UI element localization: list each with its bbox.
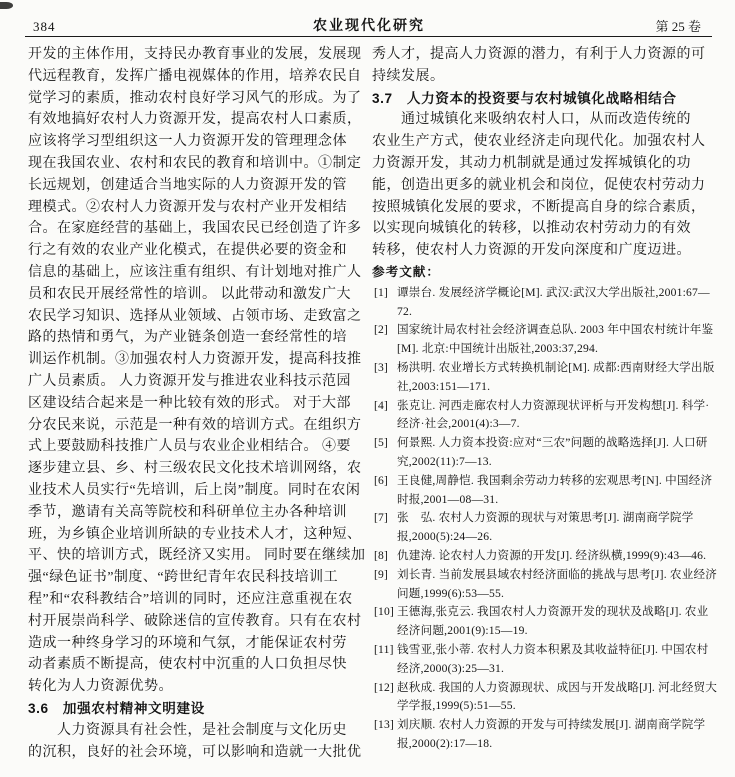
text-line: 行之有效的农业产业化模式，在提供必要的资金和 <box>28 240 368 262</box>
reference-label: [6] <box>374 472 388 491</box>
text-line: 训运作机制。③加强农村人力资源开发，提高科技推 <box>28 349 368 371</box>
header-volume: 第 25 卷 <box>655 16 701 35</box>
text-line: 班，为乡镇企业培训所缺的专业技术人才，这种短、 <box>28 524 368 546</box>
text-line: 区建设结合起来是一种比较有效的形式。 对于大部 <box>28 393 368 415</box>
reference-item: [1]谭崇台. 发展经济学概论[M]. 武汉:武汉大学出版社,2001:67—7… <box>372 284 718 322</box>
text-line: 理模式。②农村人力资源开发与农村产业开发相结 <box>28 197 368 219</box>
text-line: 分农民来说，示范是一种有效的培训方式。在组织方 <box>28 415 368 437</box>
header-rule <box>25 36 712 37</box>
reference-item: [7]张 弘. 农村人力资源的现状与对策思考[J]. 湖南商学院学报,2000(… <box>372 509 718 547</box>
text-line: 代远程教育，发挥广播电视媒体的作用，培养农民自 <box>28 66 368 88</box>
reference-text: 刘庆顺. 农村人力资源的开发与可持续发展[J]. 湖南商学院学报,2000(2)… <box>397 718 705 750</box>
text-line: 村开展崇尚科学、破除迷信的宣传教育。只有在农村 <box>28 611 368 633</box>
text-line: 季节，邀请有关高等院校和科研单位主办各种培训 <box>28 502 368 524</box>
text-line: 程”和“农科教结合”培训的同时，还应注意重视在农 <box>28 589 368 611</box>
reference-text: 钱雪亚,张小蒂. 农村人力资本积累及其收益特征[J]. 中国农村经济,2000(… <box>397 643 708 675</box>
text-line: 逐步建立县、乡、村三级农民文化技术培训网络，农 <box>28 458 368 480</box>
text-line: 有效地搞好农村人力资源开发，提高农村人口素质， <box>28 109 368 131</box>
text-line: 现在我国农业、农村和农民的教育和培训中。①制定 <box>28 153 368 175</box>
reference-label: [2] <box>374 321 388 340</box>
text-line: 应该将学习型组织这一人力资源开发的管理理念体 <box>28 131 368 153</box>
reference-item: [10]王德海,张克云. 我国农村人力资源开发的现状及战略[J]. 农业经济问题… <box>372 603 718 641</box>
text-line: 式上要鼓励科技推广人员与农业企业相结合。 ④要 <box>28 436 368 458</box>
text-line: 广人员素质。 人力资源开发与推进农业科技示范园 <box>28 371 368 393</box>
reference-text: 王良健,周静恺. 我国剩余劳动力转移的宏观思考[N]. 中国经济时报,2001—… <box>397 474 712 506</box>
references-heading: 参考文献： <box>372 262 718 284</box>
reference-text: 刘长青. 当前发展县域农村经济面临的挑战与思考[J]. 农业经济问题,1999(… <box>397 568 717 600</box>
reference-text: 国家统计局农村社会经济调查总队. 2003 年中国农村统计年鉴[M]. 北京:中… <box>397 323 713 355</box>
reference-item: [2]国家统计局农村社会经济调查总队. 2003 年中国农村统计年鉴[M]. 北… <box>372 321 718 359</box>
text-line: 按照城镇化发展的要求，不断提高自身的综合素质， <box>372 197 718 219</box>
section-heading-3-6: 3.6 加强农村精神文明建设 <box>28 698 368 720</box>
text-line: 转化为人力资源优势。 <box>28 676 368 698</box>
reference-label: [10] <box>374 603 394 622</box>
left-column: 开发的主体作用，支持民办教育事业的发展，发展现代远程教育，发挥广播电视媒体的作用… <box>28 44 368 763</box>
right-paragraph-block-2: 通过城镇化来吸纳农村人口，从而改造传统的农业生产方式，使农业经济走向现代化。加强… <box>372 109 718 262</box>
reference-item: [12]赵秋成. 我国的人力资源现状、成因与开发战略[J]. 河北经贸大学学报,… <box>372 679 718 717</box>
text-line: 农业生产方式，使农业经济走向现代化。加强农村人 <box>372 131 718 153</box>
text-line: 平、快的培训方式，既经济又实用。 同时要在继续加 <box>28 545 368 567</box>
text-line: 持续发展。 <box>372 66 718 88</box>
text-line: 造成一种终身学习的环境和气氛，才能保证农村劳 <box>28 633 368 655</box>
text-line: 觉学习的素质，推动农村良好学习风气的形成。为了 <box>28 88 368 110</box>
section-heading-3-7: 3.7 人力资本的投资要与农村城镇化战略相结合 <box>372 88 718 110</box>
reference-label: [5] <box>374 434 388 453</box>
reference-text: 张克让. 河西走廊农村人力资源现状评析与开发构想[J]. 科学·经济·社会,20… <box>397 399 709 431</box>
text-line: 业技术人员实行“先培训，后上岗”制度。同时在农闲 <box>28 480 368 502</box>
text-line: 农民学习知识、选择从业领域、占领市场、走致富之 <box>28 306 368 328</box>
reference-text: 仇建涛. 论农村人力资源的开发[J]. 经济纵横,1999(9):43—46. <box>397 549 706 562</box>
reference-label: [4] <box>374 397 388 416</box>
reference-label: [3] <box>374 359 388 378</box>
right-column: 秀人才，提高人力资源的潜力，有利于人力资源的可持续发展。 3.7 人力资本的投资… <box>372 44 718 754</box>
reference-item: [11]钱雪亚,张小蒂. 农村人力资本积累及其收益特征[J]. 中国农村经济,2… <box>372 641 718 679</box>
reference-item: [3]杨洪明. 农业增长方式转换机制论[M]. 成都:西南财经大学出版社,200… <box>372 359 718 397</box>
right-paragraph-block-1: 秀人才，提高人力资源的潜力，有利于人力资源的可持续发展。 <box>372 44 718 88</box>
text-line: 长远规划，创建适合当地实际的人力资源开发的管 <box>28 175 368 197</box>
text-line: 合。在家庭经营的基础上，我国农民已经创造了许多 <box>28 218 368 240</box>
text-line: 秀人才，提高人力资源的潜力，有利于人力资源的可 <box>372 44 718 66</box>
text-line: 力资源开发，其动力机制就是通过发挥城镇化的功 <box>372 153 718 175</box>
scan-corner-smudge <box>0 2 13 9</box>
reference-label: [11] <box>374 641 394 660</box>
reference-item: [9]刘长青. 当前发展县域农村经济面临的挑战与思考[J]. 农业经济问题,19… <box>372 566 718 604</box>
reference-label: [8] <box>374 547 388 566</box>
reference-text: 谭崇台. 发展经济学概论[M]. 武汉:武汉大学出版社,2001:67—72. <box>397 286 710 318</box>
text-line: 人力资源具有社会性，是社会制度与文化历史 <box>28 720 368 742</box>
reference-text: 杨洪明. 农业增长方式转换机制论[M]. 成都:西南财经大学出版社,2003:1… <box>397 361 715 393</box>
text-line: 信息的基础上，应该注重有组织、有计划地对推广人 <box>28 262 368 284</box>
reference-text: 何景熙. 人力资本投资:应对“三农”问题的战略选择[J]. 人口研究,2002(… <box>397 436 708 468</box>
left-paragraph-block-2: 人力资源具有社会性，是社会制度与文化历史的沉积，良好的社会环境，可以影响和造就一… <box>28 720 368 764</box>
reference-label: [7] <box>374 509 388 528</box>
reference-label: [12] <box>374 679 394 698</box>
page-header: 384 农业现代化研究 第 25 卷 <box>25 17 713 35</box>
reference-item: [8]仇建涛. 论农村人力资源的开发[J]. 经济纵横,1999(9):43—4… <box>372 547 718 566</box>
reference-label: [9] <box>374 566 388 585</box>
header-journal-title: 农业现代化研究 <box>25 15 713 35</box>
text-line: 以实现向城镇化的转移，以推动农村劳动力的有效 <box>372 218 718 240</box>
text-line: 开发的主体作用，支持民办教育事业的发展，发展现 <box>28 44 368 66</box>
text-line: 能，创造出更多的就业机会和岗位，促使农村劳动力 <box>372 175 718 197</box>
text-line: 通过城镇化来吸纳农村人口，从而改造传统的 <box>372 109 718 131</box>
reference-item: [4]张克让. 河西走廊农村人力资源现状评析与开发构想[J]. 科学·经济·社会… <box>372 397 718 435</box>
text-line: 转移，使农村人力资源的开发向深度和广度迈进。 <box>372 240 718 262</box>
reference-label: [13] <box>374 716 394 735</box>
text-line: 动者素质不断提高，使农村中沉重的人口负担尽快 <box>28 654 368 676</box>
reference-label: [1] <box>374 284 388 303</box>
left-paragraph-block: 开发的主体作用，支持民办教育事业的发展，发展现代远程教育，发挥广播电视媒体的作用… <box>28 44 368 698</box>
reference-item: [5]何景熙. 人力资本投资:应对“三农”问题的战略选择[J]. 人口研究,20… <box>372 434 718 472</box>
text-line: 的沉积，良好的社会环境，可以影响和造就一大批优 <box>28 742 368 764</box>
text-line: 强“绿色证书”制度、“跨世纪青年农民科技培训工 <box>28 567 368 589</box>
text-line: 员和农民开展经常性的培训。 以此带动和激发广大 <box>28 284 368 306</box>
reference-text: 赵秋成. 我国的人力资源现状、成因与开发战略[J]. 河北经贸大学学报,1999… <box>397 681 717 713</box>
reference-text: 张 弘. 农村人力资源的现状与对策思考[J]. 湖南商学院学报,2000(5):… <box>397 511 694 543</box>
reference-text: 王德海,张克云. 我国农村人力资源开发的现状及战略[J]. 农业经济问题,200… <box>397 605 708 637</box>
document-page: 384 农业现代化研究 第 25 卷 开发的主体作用，支持民办教育事业的发展，发… <box>0 0 735 777</box>
reference-item: [6]王良健,周静恺. 我国剩余劳动力转移的宏观思考[N]. 中国经济时报,20… <box>372 472 718 510</box>
reference-list: [1]谭崇台. 发展经济学概论[M]. 武汉:武汉大学出版社,2001:67—7… <box>372 284 718 754</box>
reference-item: [13]刘庆顺. 农村人力资源的开发与可持续发展[J]. 湖南商学院学报,200… <box>372 716 718 754</box>
text-line: 路的热情和勇气，为产业链条创造一套经常性的培 <box>28 327 368 349</box>
